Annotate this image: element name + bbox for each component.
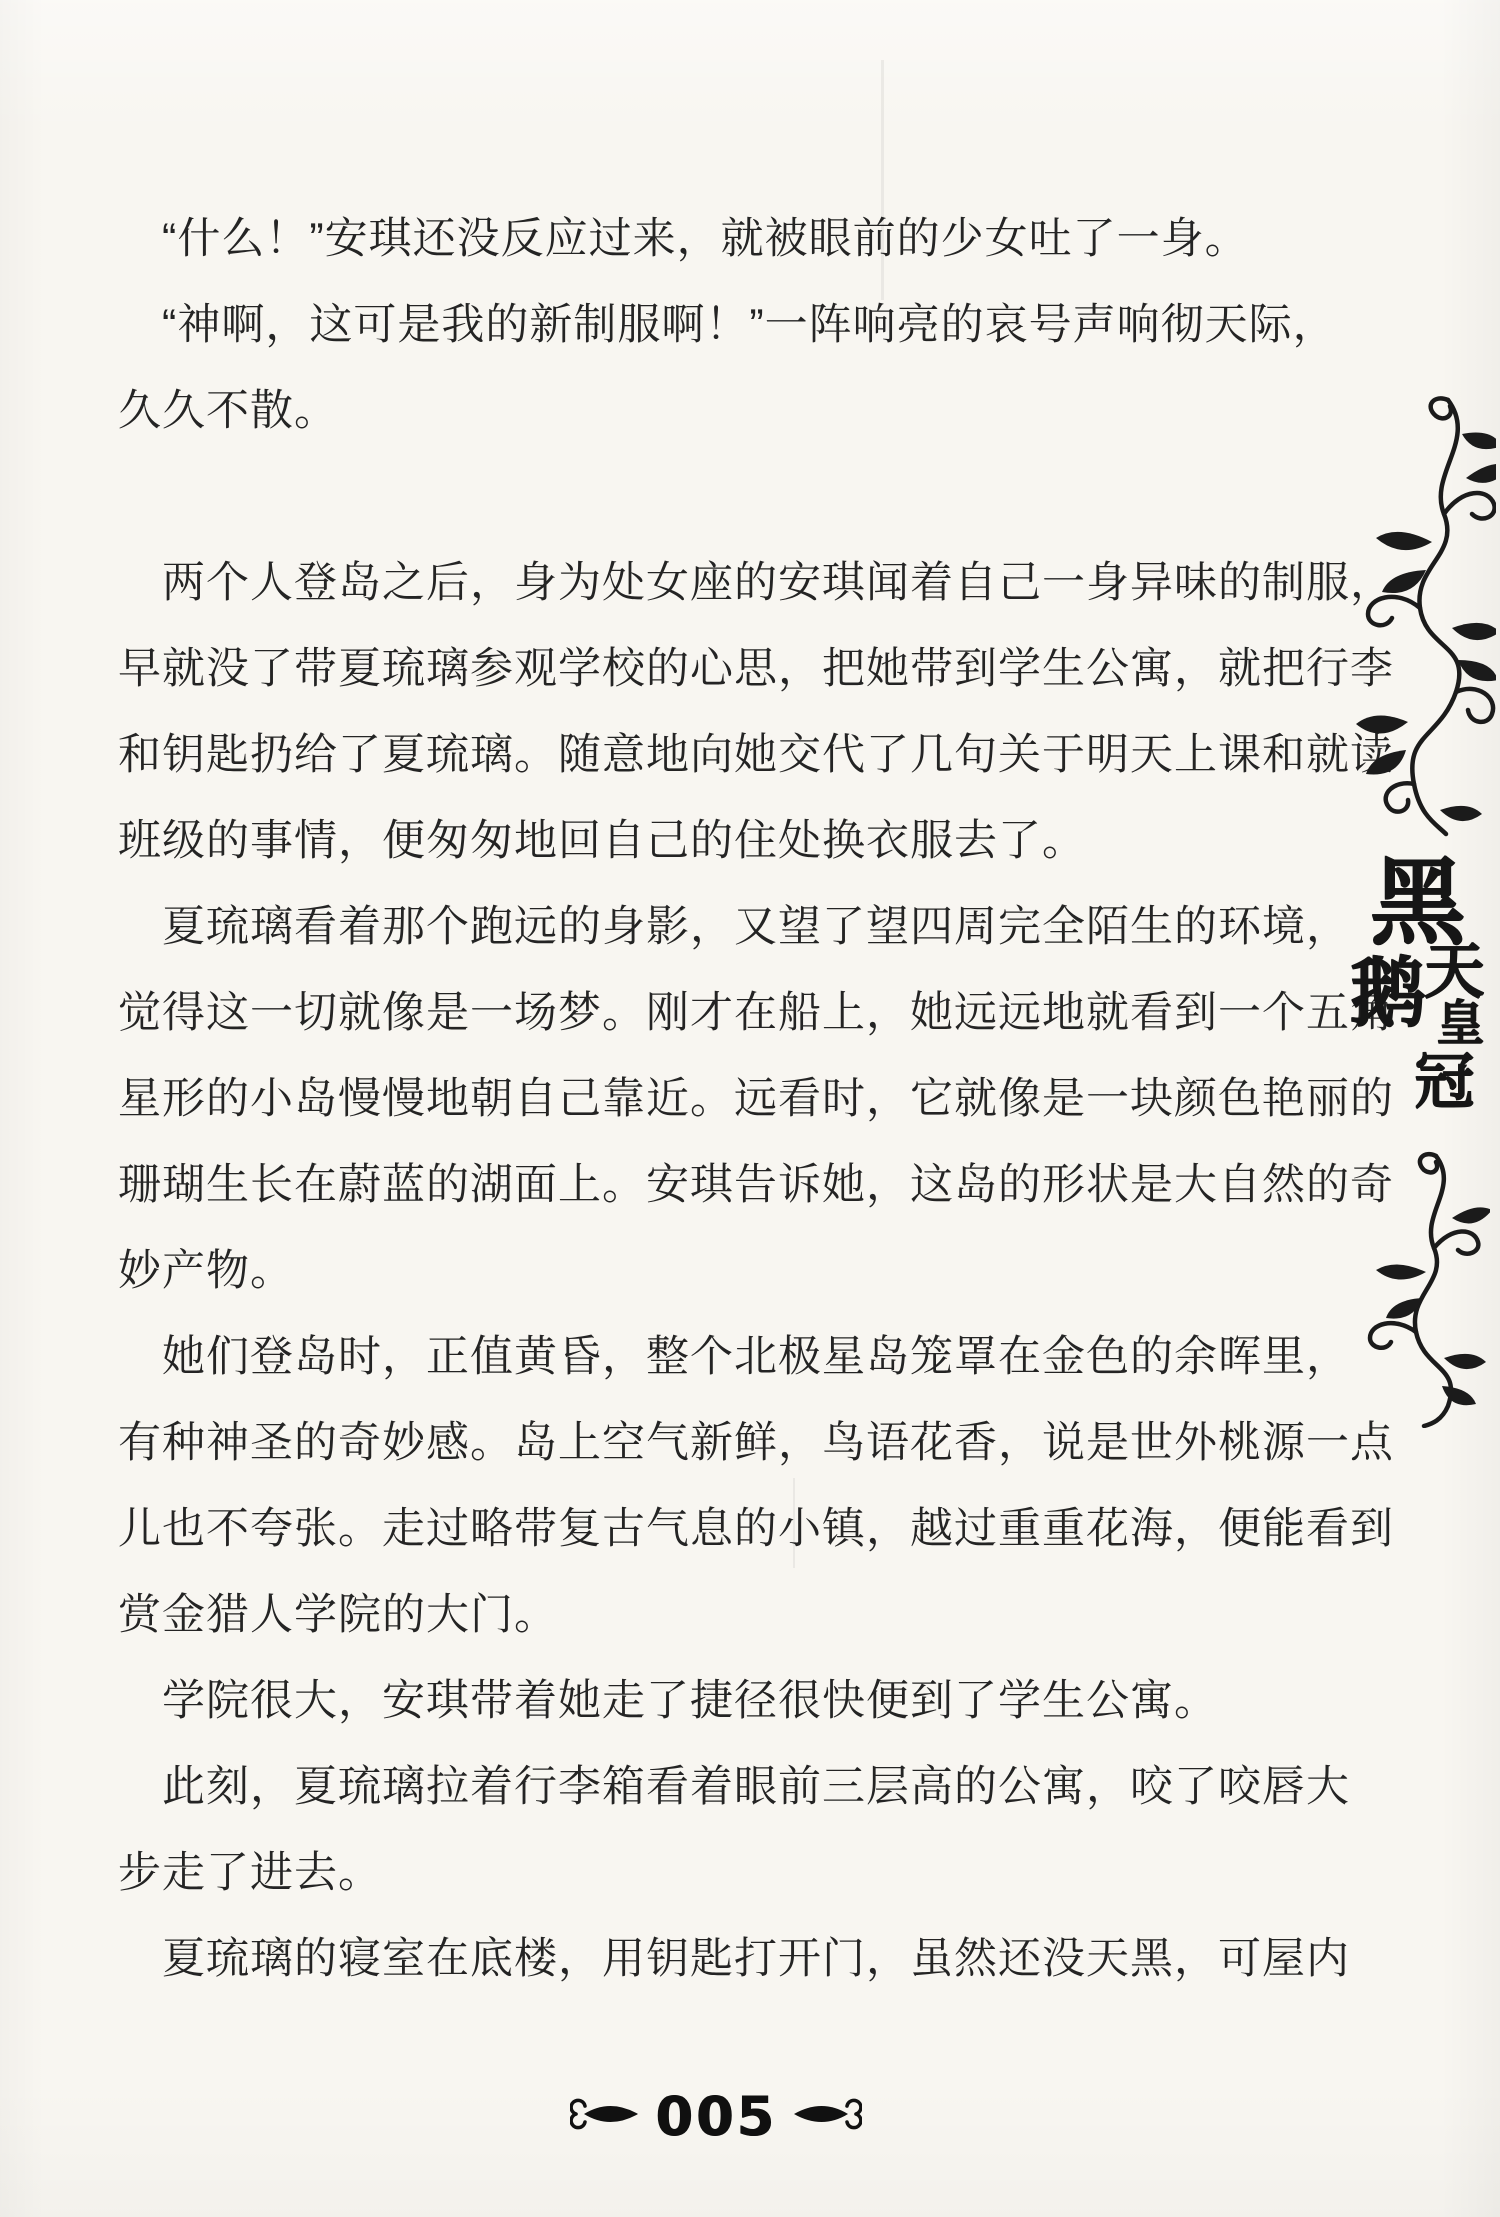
body-text: “什么！”安琪还没反应过来，就被眼前的少女吐了一身。 “神啊，这可是我的新制服啊…	[118, 196, 1318, 2002]
text-line: 星形的小岛慢慢地朝自己靠近。远看时，它就像是一块颜色艳丽的	[118, 1056, 1318, 1142]
text-line: 此刻，夏琉璃拉着行李箱看着眼前三层高的公寓，咬了咬唇大	[118, 1744, 1318, 1830]
text-line: “神啊，这可是我的新制服啊！”一阵响亮的哀号声响彻天际，	[118, 282, 1318, 368]
text-line: 早就没了带夏琉璃参观学校的心思，把她带到学生公寓，就把行李	[118, 626, 1318, 712]
text-line: 久久不散。	[118, 368, 1318, 454]
logo-char-hei: 黑	[1370, 856, 1465, 951]
floral-vine-ornament-icon	[1336, 382, 1496, 847]
floral-vine-ornament-icon	[1340, 1148, 1490, 1433]
text-line: 儿也不夸张。走过略带复古气息的小镇，越过重重花海，便能看到	[118, 1486, 1318, 1572]
paragraph-gap	[118, 454, 1318, 540]
logo-char-e: 鹅	[1350, 956, 1426, 1032]
text-line: “什么！”安琪还没反应过来，就被眼前的少女吐了一身。	[118, 196, 1318, 282]
series-logo: 黑 鹅 天 皇 冠	[1348, 856, 1498, 1126]
text-line: 两个人登岛之后，身为处女座的安琪闻着自己一身异味的制服，	[118, 540, 1318, 626]
logo-char-guan: 冠	[1414, 1052, 1474, 1112]
page-footer: 005	[570, 2086, 862, 2146]
text-line: 觉得这一切就像是一场梦。刚才在船上，她远远地就看到一个五角	[118, 970, 1318, 1056]
text-line: 班级的事情，便匆匆地回自己的住处换衣服去了。	[118, 798, 1318, 884]
text-line: 她们登岛时，正值黄昏，整个北极星岛笼罩在金色的余晖里，	[118, 1314, 1318, 1400]
text-line: 学院很大，安琪带着她走了捷径很快便到了学生公寓。	[118, 1658, 1318, 1744]
diamond-flourish-left-icon	[570, 2092, 640, 2141]
text-line: 夏琉璃的寝室在底楼，用钥匙打开门，虽然还没天黑，可屋内	[118, 1916, 1318, 2002]
book-page: “什么！”安琪还没反应过来，就被眼前的少女吐了一身。 “神啊，这可是我的新制服啊…	[0, 0, 1500, 2217]
page-number: 005	[655, 2085, 777, 2148]
text-line: 和钥匙扔给了夏琉璃。随意地向她交代了几句关于明天上课和就读	[118, 712, 1318, 798]
diamond-flourish-right-icon	[792, 2092, 862, 2141]
text-line: 珊瑚生长在蔚蓝的湖面上。安琪告诉她，这岛的形状是大自然的奇	[118, 1142, 1318, 1228]
text-line: 有种神圣的奇妙感。岛上空气新鲜，鸟语花香，说是世外桃源一点	[118, 1400, 1318, 1486]
text-line: 步走了进去。	[118, 1830, 1318, 1916]
text-line: 赏金猎人学院的大门。	[118, 1572, 1318, 1658]
logo-char-huang: 皇	[1436, 1000, 1484, 1048]
text-line: 妙产物。	[118, 1228, 1318, 1314]
text-line: 夏琉璃看着那个跑远的身影，又望了望四周完全陌生的环境，	[118, 884, 1318, 970]
logo-char-tian: 天	[1424, 942, 1484, 1002]
